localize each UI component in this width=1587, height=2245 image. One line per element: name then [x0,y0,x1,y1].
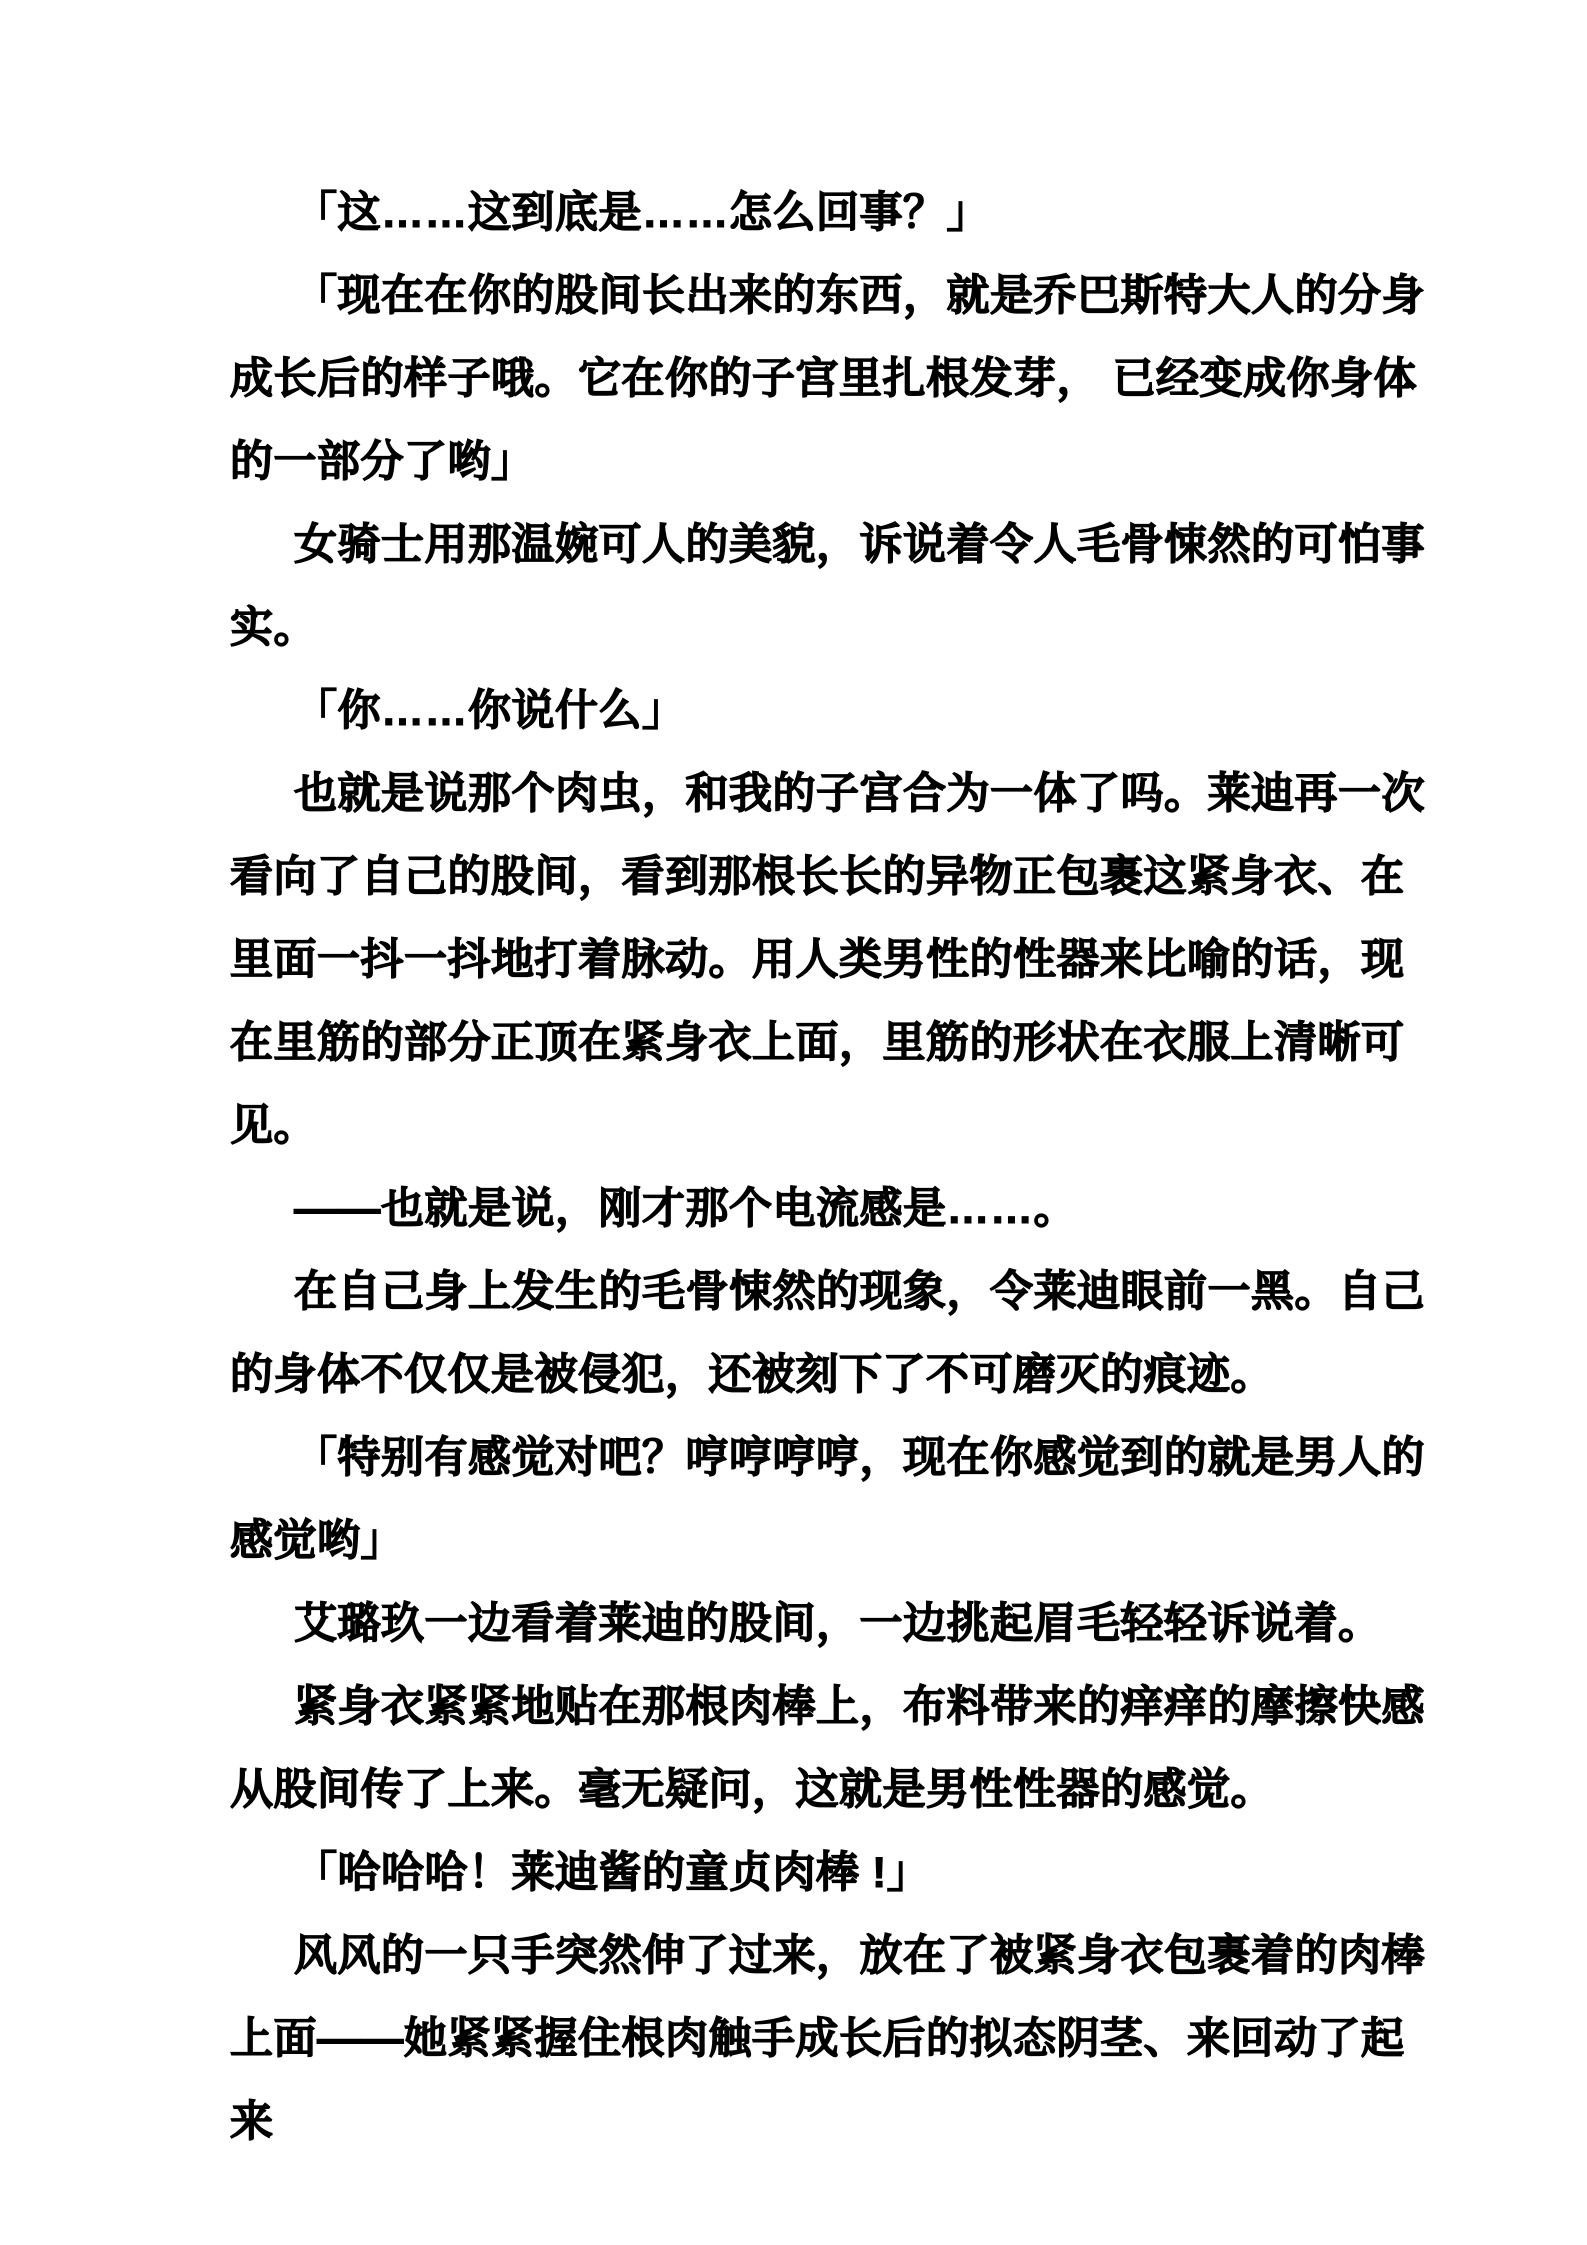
novel-page: 「这……这到底是……怎么回事？」「现在在你的股间长出来的东西，就是乔巴斯特大人的… [0,0,1587,2245]
dialogue-paragraph: 「现在在你的股间长出来的东西，就是乔巴斯特大人的分身成长后的样子哦。它在你的子宫… [230,255,1442,504]
narration-paragraph: 风风的一只手突然伸了过来，放在了被紧身衣包裹着的肉棒上面——她紧紧握住根肉触手成… [230,1915,1442,2164]
narration-paragraph: 也就是说那个肉虫，和我的子宫合为一体了吗。莱迪再一次看向了自己的股间，看到那根长… [230,753,1442,1168]
dialogue-paragraph: 「特别有感觉对吧？哼哼哼哼，现在你感觉到的就是男人的感觉哟」 [230,1417,1442,1583]
narration-paragraph: 紧身衣紧紧地贴在那根肉棒上，布料带来的痒痒的摩擦快感从股间传了上来。毫无疑问，这… [230,1666,1442,1832]
narration-paragraph: 艾璐玖一边看着莱迪的股间，一边挑起眉毛轻轻诉说着。 [230,1583,1442,1666]
narration-paragraph: ——也就是说，刚才那个电流感是……。 [230,1168,1442,1251]
dialogue-paragraph: 「这……这到底是……怎么回事？」 [230,172,1442,255]
narration-paragraph: 在自己身上发生的毛骨悚然的现象，令莱迪眼前一黑。自己的身体不仅仅是被侵犯，还被刻… [230,1251,1442,1417]
novel-text-block: 「这……这到底是……怎么回事？」「现在在你的股间长出来的东西，就是乔巴斯特大人的… [230,172,1442,2164]
dialogue-paragraph: 「你……你说什么」 [230,670,1442,753]
dialogue-paragraph: 「哈哈哈！莱迪酱的童贞肉棒 !」 [230,1832,1442,1915]
narration-paragraph: 女骑士用那温婉可人的美貌，诉说着令人毛骨悚然的可怕事实。 [230,504,1442,670]
